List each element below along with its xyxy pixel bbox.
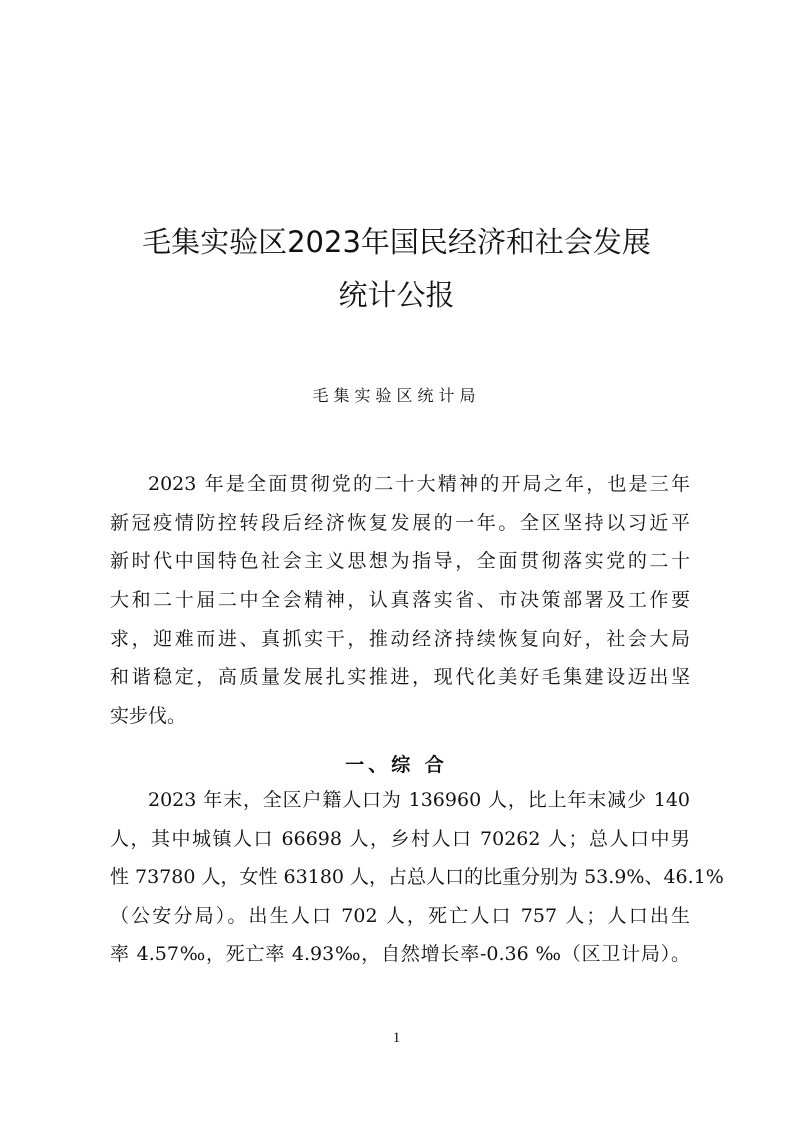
paragraph-line: 人，其中城镇人口 66698 人，乡村人口 70262 人；总人口中男 xyxy=(110,826,690,852)
page-number: 1 xyxy=(0,1030,793,1047)
paragraph-line: 和谐稳定，高质量发展扎实推进，现代化美好毛集建设迈出坚 xyxy=(110,664,690,690)
paragraph-line: 新时代中国特色社会主义思想为指导，全面贯彻落实党的二十 xyxy=(110,548,690,574)
paragraph-line: 2023 年是全面贯彻党的二十大精神的开局之年，也是三年 xyxy=(148,471,690,497)
paragraph-line: 率 4.57‰，死亡率 4.93‰，自然增长率-0.36 ‰（区卫计局）。 xyxy=(110,941,690,967)
paragraph-line: 新冠疫情防控转段后经济恢复发展的一年。全区坚持以习近平 xyxy=(110,510,690,536)
section-heading: 一、综 合 xyxy=(0,750,793,777)
document-title-line-1: 毛集实验区2023年国民经济和社会发展 xyxy=(0,222,793,262)
paragraph-line: 实步伐。 xyxy=(110,703,690,729)
paragraph-line: 2023 年末，全区户籍人口为 136960 人，比上年末减少 140 xyxy=(148,787,690,813)
document-page: 毛集实验区2023年国民经济和社会发展 统计公报 毛集实验区统计局 2023 年… xyxy=(0,0,793,1122)
paragraph-line: 性 73780 人，女性 63180 人，占总人口的比重分别为 53.9%、46… xyxy=(110,864,690,890)
document-title-line-2: 统计公报 xyxy=(0,275,793,315)
paragraph-line: 求，迎难而进、真抓实干，推动经济持续恢复向好，社会大局 xyxy=(110,626,690,652)
paragraph-line: 大和二十届二中全会精神，认真落实省、市决策部署及工作要 xyxy=(110,587,690,613)
paragraph-line: （公安分局）。出生人口 702 人，死亡人口 757 人；人口出生 xyxy=(110,903,690,929)
document-author: 毛集实验区统计局 xyxy=(0,383,793,406)
